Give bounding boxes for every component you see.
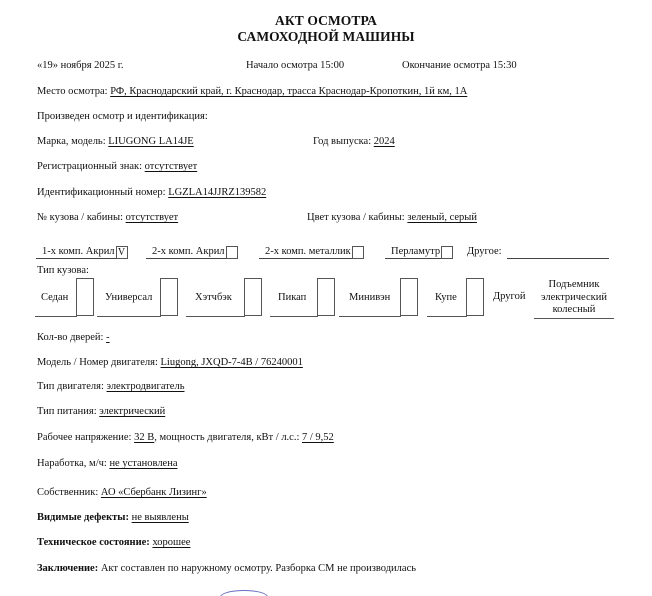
engine-type-value: электродвигатель (107, 381, 185, 392)
underline (35, 316, 77, 317)
paint-option-2k-metallic[interactable]: 2-х комп. металлик (259, 244, 364, 259)
vin-label: Идентификационный номер: (37, 187, 168, 198)
underline (97, 316, 161, 317)
intro-text: Произведен осмотр и идентификация: (37, 112, 208, 123)
underline (339, 316, 401, 317)
body-color-label: Цвет кузова / кабины: (307, 212, 407, 223)
engine-type: Тип двигателя: электродвигатель (37, 382, 185, 393)
underline (186, 316, 245, 317)
checkbox[interactable] (160, 278, 178, 316)
technical-condition: Техническое состояние: хорошее (37, 538, 190, 549)
body-type-option-label: Минивэн (349, 292, 390, 303)
reg-plate-value: отсутствует (145, 161, 198, 172)
underline (270, 316, 318, 317)
year: Год выпуска: 2024 (313, 137, 395, 148)
body-type-pickup[interactable]: Пикап (270, 278, 336, 317)
inspection-end: Окончание осмотра 15:30 (402, 61, 517, 72)
vin: Идентификационный номер: LGZLA14JJRZ1395… (37, 188, 266, 199)
operating-hours: Наработка, м/ч: не установлена (37, 459, 178, 470)
document-title-line1: АКТ ОСМОТРА (0, 14, 652, 28)
place-value: РФ, Краснодарский край, г. Краснодар, тр… (110, 86, 467, 97)
body-type-wagon[interactable]: Универсал (97, 278, 179, 317)
underline (427, 316, 467, 317)
conclusion-value: Акт составлен по наружному осмотру. Разб… (101, 563, 416, 574)
voltage-value: 32 В (134, 432, 154, 443)
stamp-signature-icon (220, 590, 268, 596)
paint-option-label: 2-х комп. Акрил (146, 246, 226, 259)
body-type-label: Тип кузова: (37, 266, 89, 277)
engine-power-value: 7 / 9,52 (302, 432, 334, 443)
owner-value: АО «Сбербанк Лизинг» (101, 487, 207, 498)
body-type-other-label: Другой (493, 292, 525, 303)
inspection-place: Место осмотра: РФ, Краснодарский край, г… (37, 87, 467, 98)
engine-model-value: Liugong, JXQD-7-4B / 76240001 (161, 357, 303, 368)
body-color: Цвет кузова / кабины: зеленый, серый (307, 213, 477, 224)
reg-plate: Регистрационный знак: отсутствует (37, 162, 197, 173)
body-type-minivan[interactable]: Минивэн (339, 278, 419, 317)
engine-power-label: , мощность двигателя, кВт / л.с.: (154, 432, 302, 443)
inspection-date: «19» ноября 2025 г. (37, 61, 124, 72)
doors-value: - (106, 332, 110, 343)
body-number: № кузова / кабины: отсутствует (37, 213, 178, 224)
make-model: Марка, модель: LIUGONG LA14JE (37, 137, 194, 148)
inspection-start: Начало осмотра 15:00 (246, 61, 344, 72)
paint-option-2k-acrylic[interactable]: 2-х комп. Акрил (146, 244, 238, 259)
reg-plate-label: Регистрационный знак: (37, 161, 145, 172)
body-type-other-line3: колесный (534, 304, 614, 317)
condition-value: хорошее (152, 537, 190, 548)
defects-value: не выявлены (132, 512, 189, 523)
year-label: Год выпуска: (313, 136, 374, 147)
body-type-option-label: Универсал (105, 292, 152, 303)
body-type-other-value: Подъемник электрический колесный (534, 279, 614, 319)
owner-label: Собственник: (37, 487, 101, 498)
paint-option-label: 1-х комп. Акрил (36, 246, 116, 259)
power-type: Тип питания: электрический (37, 407, 165, 418)
paint-option-label: 2-х комп. металлик (259, 246, 352, 259)
body-type-option-label: Пикап (278, 292, 306, 303)
power-type-value: электрический (99, 406, 165, 417)
make-model-label: Марка, модель: (37, 136, 108, 147)
engine-model: Модель / Номер двигателя: Liugong, JXQD-… (37, 358, 303, 369)
vin-value: LGZLA14JJRZ139582 (168, 187, 266, 198)
doors: Кол-во дверей: - (37, 333, 110, 344)
place-label: Место осмотра: (37, 86, 110, 97)
year-value: 2024 (374, 136, 395, 147)
body-type-option-label: Хэтчбэк (195, 292, 232, 303)
body-type-other-line2: электрический (534, 292, 614, 305)
hours-value: не установлена (109, 458, 177, 469)
conclusion: Заключение: Акт составлен по наружному о… (37, 564, 416, 575)
paint-option-1k-acrylic[interactable]: 1-х комп. Акрил V (36, 244, 128, 259)
checkbox[interactable] (76, 278, 94, 316)
paint-other-field[interactable] (507, 258, 609, 259)
body-type-hatchback[interactable]: Хэтчбэк (186, 278, 263, 317)
checkbox[interactable] (400, 278, 418, 316)
body-type-option-label: Седан (41, 292, 68, 303)
engine-model-label: Модель / Номер двигателя: (37, 357, 161, 368)
document-title-line2: САМОХОДНОЙ МАШИНЫ (0, 30, 652, 44)
paint-other-label: Другое: (467, 247, 502, 258)
body-type-sedan[interactable]: Седан (35, 278, 93, 317)
checkbox[interactable] (244, 278, 262, 316)
checkbox[interactable] (226, 246, 238, 259)
checkbox[interactable] (466, 278, 484, 316)
visible-defects: Видимые дефекты: не выявлены (37, 513, 189, 524)
checkbox[interactable] (352, 246, 364, 259)
engine-type-label: Тип двигателя: (37, 381, 107, 392)
power-type-label: Тип питания: (37, 406, 99, 417)
hours-label: Наработка, м/ч: (37, 458, 109, 469)
paint-option-pearl[interactable]: Перламутр (385, 244, 453, 259)
body-number-label: № кузова / кабины: (37, 212, 126, 223)
body-type-coupe[interactable]: Купе (427, 278, 485, 317)
doors-label: Кол-во дверей: (37, 332, 106, 343)
voltage-label: Рабочее напряжение: (37, 432, 134, 443)
defects-label: Видимые дефекты: (37, 512, 132, 523)
conclusion-label: Заключение: (37, 563, 101, 574)
checkbox-checked[interactable]: V (116, 246, 128, 259)
paint-option-label: Перламутр (385, 246, 441, 259)
owner: Собственник: АО «Сбербанк Лизинг» (37, 488, 207, 499)
body-color-value: зеленый, серый (407, 212, 477, 223)
checkbox[interactable] (317, 278, 335, 316)
body-type-other-line1: Подъемник (534, 279, 614, 292)
condition-label: Техническое состояние: (37, 537, 152, 548)
checkbox[interactable] (441, 246, 453, 259)
voltage-power: Рабочее напряжение: 32 В, мощность двига… (37, 433, 334, 444)
body-type-option-label: Купе (435, 292, 457, 303)
make-model-value: LIUGONG LA14JE (108, 136, 193, 147)
body-number-value: отсутствует (126, 212, 179, 223)
